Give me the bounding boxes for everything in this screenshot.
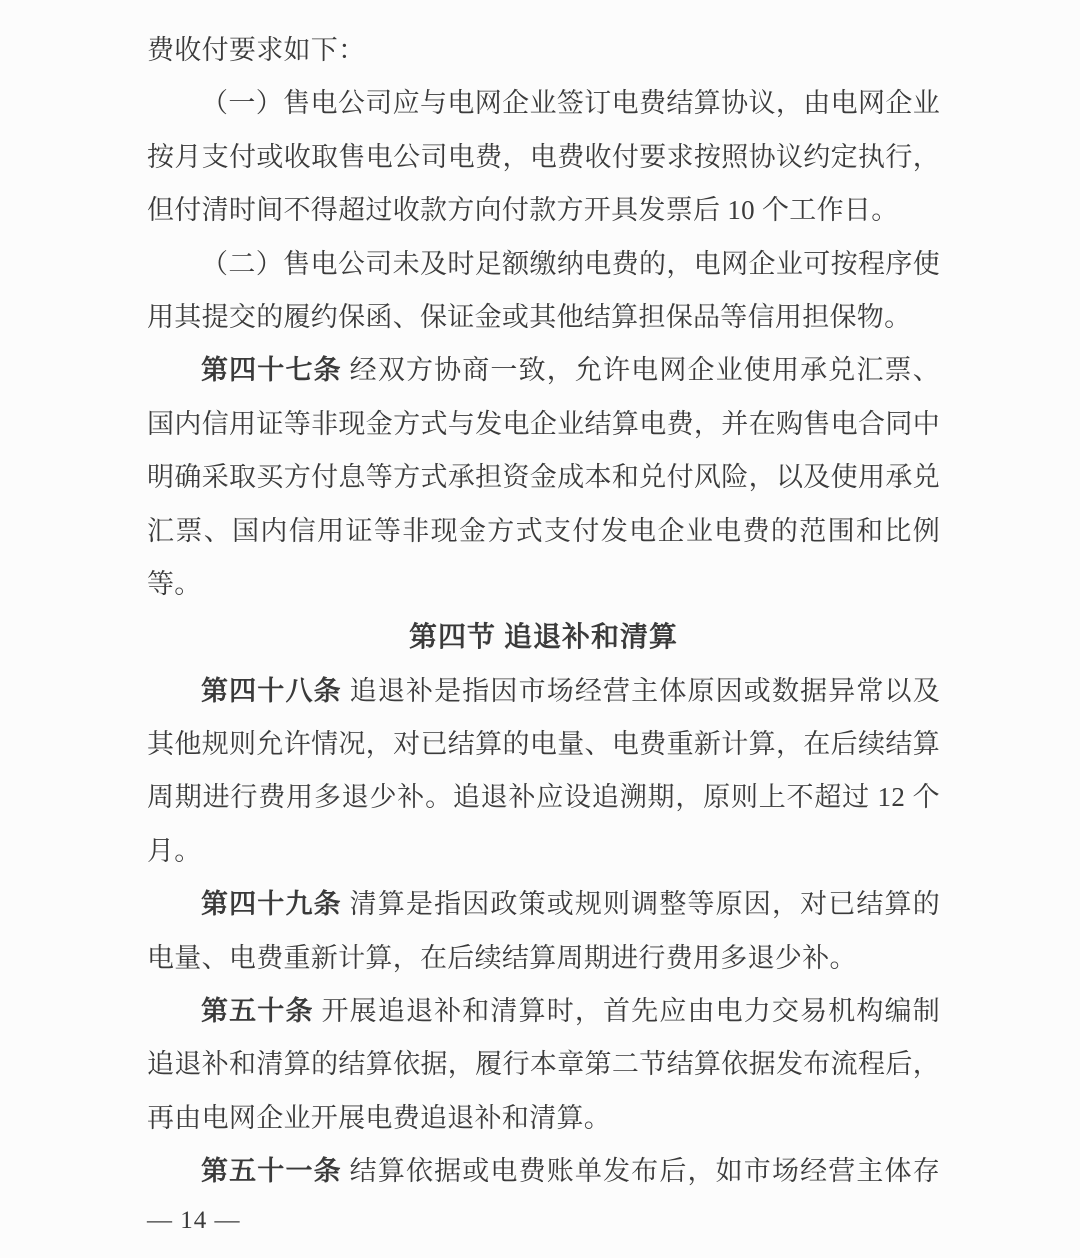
text-line: 国内信用证等非现金方式与发电企业结算电费，并在购售电合同中 xyxy=(147,398,940,451)
article-number: 第四节 追退补和清算 xyxy=(409,622,678,653)
text-segment: 经双方协商一致，允许电网企业使用承兑汇票、 xyxy=(342,355,940,385)
text-line: 追退补和清算的结算依据，履行本章第二节结算依据发布流程后， xyxy=(147,1038,940,1091)
text-segment: 国内信用证等非现金方式与发电企业结算电费，并在购售电合同中 xyxy=(147,409,940,439)
text-segment: 追退补和清算的结算依据，履行本章第二节结算依据发布流程后， xyxy=(147,1049,940,1079)
text-segment: 开展追退补和清算时，首先应由电力交易机构编制 xyxy=(314,996,940,1026)
text-line: 按月支付或收取售电公司电费，电费收付要求按照协议约定执行， xyxy=(147,131,940,184)
article-number: 第四十九条 xyxy=(201,889,342,919)
text-segment: 用其提交的履约保函、保证金或其他结算担保品等信用担保物。 xyxy=(147,302,911,332)
text-segment: 汇票、国内信用证等非现金方式支付发电企业电费的范围和比例 xyxy=(147,516,940,546)
text-line: 用其提交的履约保函、保证金或其他结算担保品等信用担保物。 xyxy=(147,291,940,344)
text-line: 再由电网企业开展电费追退补和清算。 xyxy=(147,1092,940,1145)
section-heading: 第四节 追退补和清算 xyxy=(147,611,940,664)
text-line: 费收付要求如下： xyxy=(147,24,940,77)
article-number: 第五十条 xyxy=(201,996,314,1026)
text-line: 第五十一条 结算依据或电费账单发布后，如市场经营主体存 xyxy=(147,1145,940,1198)
text-line: 第五十条 开展追退补和清算时，首先应由电力交易机构编制 xyxy=(147,985,940,1038)
text-segment: 明确采取买方付息等方式承担资金成本和兑付风险，以及使用承兑 xyxy=(147,462,940,492)
text-line: 电量、电费重新计算，在后续结算周期进行费用多退少补。 xyxy=(147,932,940,985)
text-segment: 费收付要求如下： xyxy=(147,35,365,65)
text-line: 汇票、国内信用证等非现金方式支付发电企业电费的范围和比例 xyxy=(147,505,940,558)
text-segment: 周期进行费用多退少补。追退补应设追溯期，原则上不超过 12 个 xyxy=(147,782,940,812)
text-segment: 追退补是指因市场经营主体原因或数据异常以及 xyxy=(342,676,940,706)
text-segment: 月。 xyxy=(147,836,202,866)
text-segment: 清算是指因政策或规则调整等原因，对已结算的 xyxy=(342,889,940,919)
text-line: 第四十九条 清算是指因政策或规则调整等原因，对已结算的 xyxy=(147,878,940,931)
text-line: 周期进行费用多退少补。追退补应设追溯期，原则上不超过 12 个 xyxy=(147,771,940,824)
text-line: 等。 xyxy=(147,558,940,611)
article-number: 第四十七条 xyxy=(201,355,342,385)
text-segment: 按月支付或收取售电公司电费，电费收付要求按照协议约定执行， xyxy=(147,142,940,172)
text-line: 月。 xyxy=(147,825,940,878)
text-segment: 等。 xyxy=(147,569,202,599)
article-number: 第四十八条 xyxy=(201,676,342,706)
text-line: 第四十七条 经双方协商一致，允许电网企业使用承兑汇票、 xyxy=(147,344,940,397)
text-line: （二）售电公司未及时足额缴纳电费的，电网企业可按程序使 xyxy=(147,238,940,291)
text-segment: 其他规则允许情况，对已结算的电量、电费重新计算，在后续结算 xyxy=(147,729,940,759)
text-segment: （二）售电公司未及时足额缴纳电费的，电网企业可按程序使 xyxy=(201,249,940,279)
text-segment: （一）售电公司应与电网企业签订电费结算协议，由电网企业 xyxy=(201,88,940,118)
page-number: — 14 — xyxy=(147,1206,940,1236)
text-line: 其他规则允许情况，对已结算的电量、电费重新计算，在后续结算 xyxy=(147,718,940,771)
document-body: 费收付要求如下：（一）售电公司应与电网企业签订电费结算协议，由电网企业按月支付或… xyxy=(147,24,940,1236)
article-number: 第五十一条 xyxy=(201,1156,342,1186)
scanned-document-page: 费收付要求如下：（一）售电公司应与电网企业签订电费结算协议，由电网企业按月支付或… xyxy=(0,0,1080,1258)
text-segment: 结算依据或电费账单发布后，如市场经营主体存 xyxy=(342,1156,940,1186)
text-line: （一）售电公司应与电网企业签订电费结算协议，由电网企业 xyxy=(147,77,940,130)
text-line: 但付清时间不得超过收款方向付款方开具发票后 10 个工作日。 xyxy=(147,184,940,237)
document-lines: 费收付要求如下：（一）售电公司应与电网企业签订电费结算协议，由电网企业按月支付或… xyxy=(147,24,940,1199)
text-line: 明确采取买方付息等方式承担资金成本和兑付风险，以及使用承兑 xyxy=(147,451,940,504)
text-segment: 再由电网企业开展电费追退补和清算。 xyxy=(147,1103,611,1133)
text-segment: 电量、电费重新计算，在后续结算周期进行费用多退少补。 xyxy=(147,943,857,973)
text-segment: 但付清时间不得超过收款方向付款方开具发票后 10 个工作日。 xyxy=(147,195,899,225)
text-line: 第四十八条 追退补是指因市场经营主体原因或数据异常以及 xyxy=(147,665,940,718)
